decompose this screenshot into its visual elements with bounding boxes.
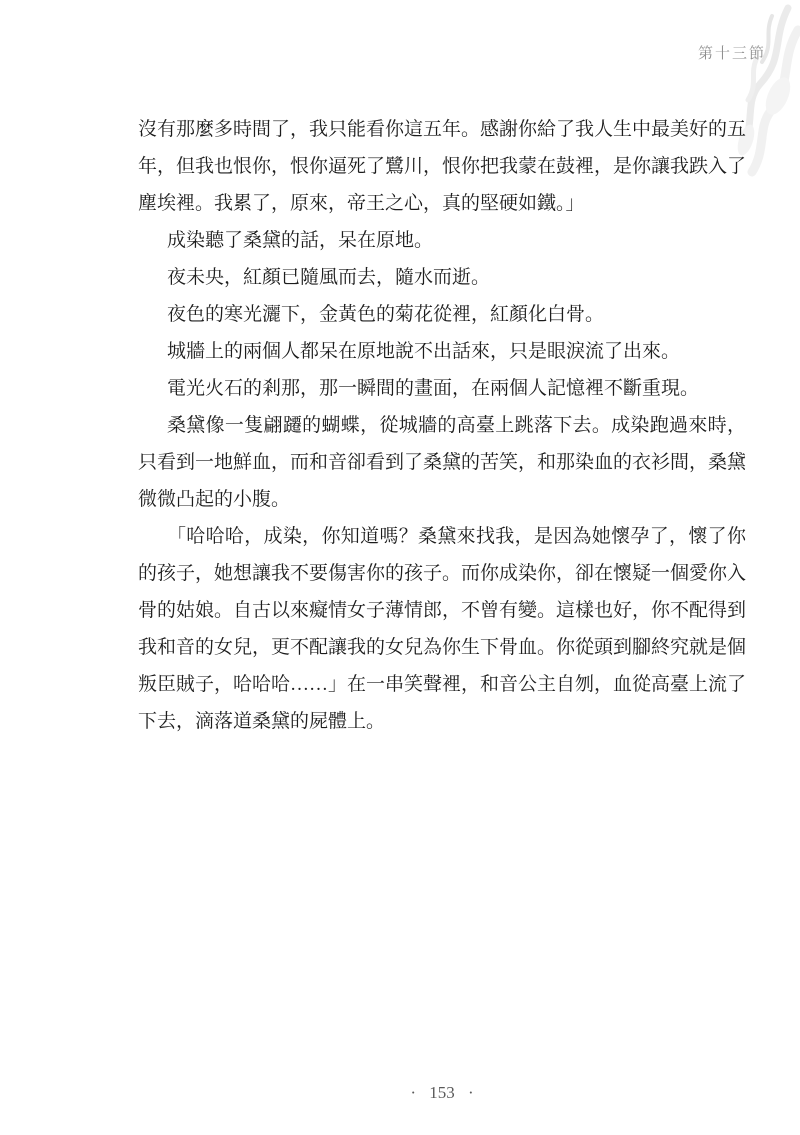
running-head: 第十三節: [698, 42, 798, 63]
page-footer: · 153 ·: [138, 1083, 746, 1103]
paragraph: 成染聽了桑黛的話，呆在原地。: [138, 222, 746, 259]
paragraph: 電光火石的剎那，那一瞬間的畫面，在兩個人記憶裡不斷重現。: [138, 370, 746, 407]
paragraph: 「哈哈哈，成染，你知道嗎？桑黛來找我，是因為她懷孕了，懷了你的孩子，她想讓我不要…: [138, 518, 746, 740]
page-number: · 153 ·: [410, 1083, 473, 1102]
paragraph: 夜未央，紅顏已隨風而去，隨水而逝。: [138, 259, 746, 296]
paragraph: 沒有那麼多時間了，我只能看你這五年。感謝你給了我人生中最美好的五年，但我也恨你，…: [138, 111, 746, 222]
paragraph: 夜色的寒光灑下，金黃色的菊花從裡，紅顏化白骨。: [138, 296, 746, 333]
book-page: 第十三節 沒有那麼多時間了，我只能看你這五年。感謝你給了我人生中最美好的五年，但…: [0, 0, 800, 1135]
section-title: 第十三節: [698, 46, 766, 62]
paragraph: 桑黛像一隻翩躚的蝴蝶，從城牆的高臺上跳落下去。成染跑過來時，只看到一地鮮血，而和…: [138, 407, 746, 518]
body-text: 沒有那麼多時間了，我只能看你這五年。感謝你給了我人生中最美好的五年，但我也恨你，…: [138, 111, 746, 740]
paragraph: 城牆上的兩個人都呆在原地說不出話來，只是眼淚流了出來。: [138, 333, 746, 370]
